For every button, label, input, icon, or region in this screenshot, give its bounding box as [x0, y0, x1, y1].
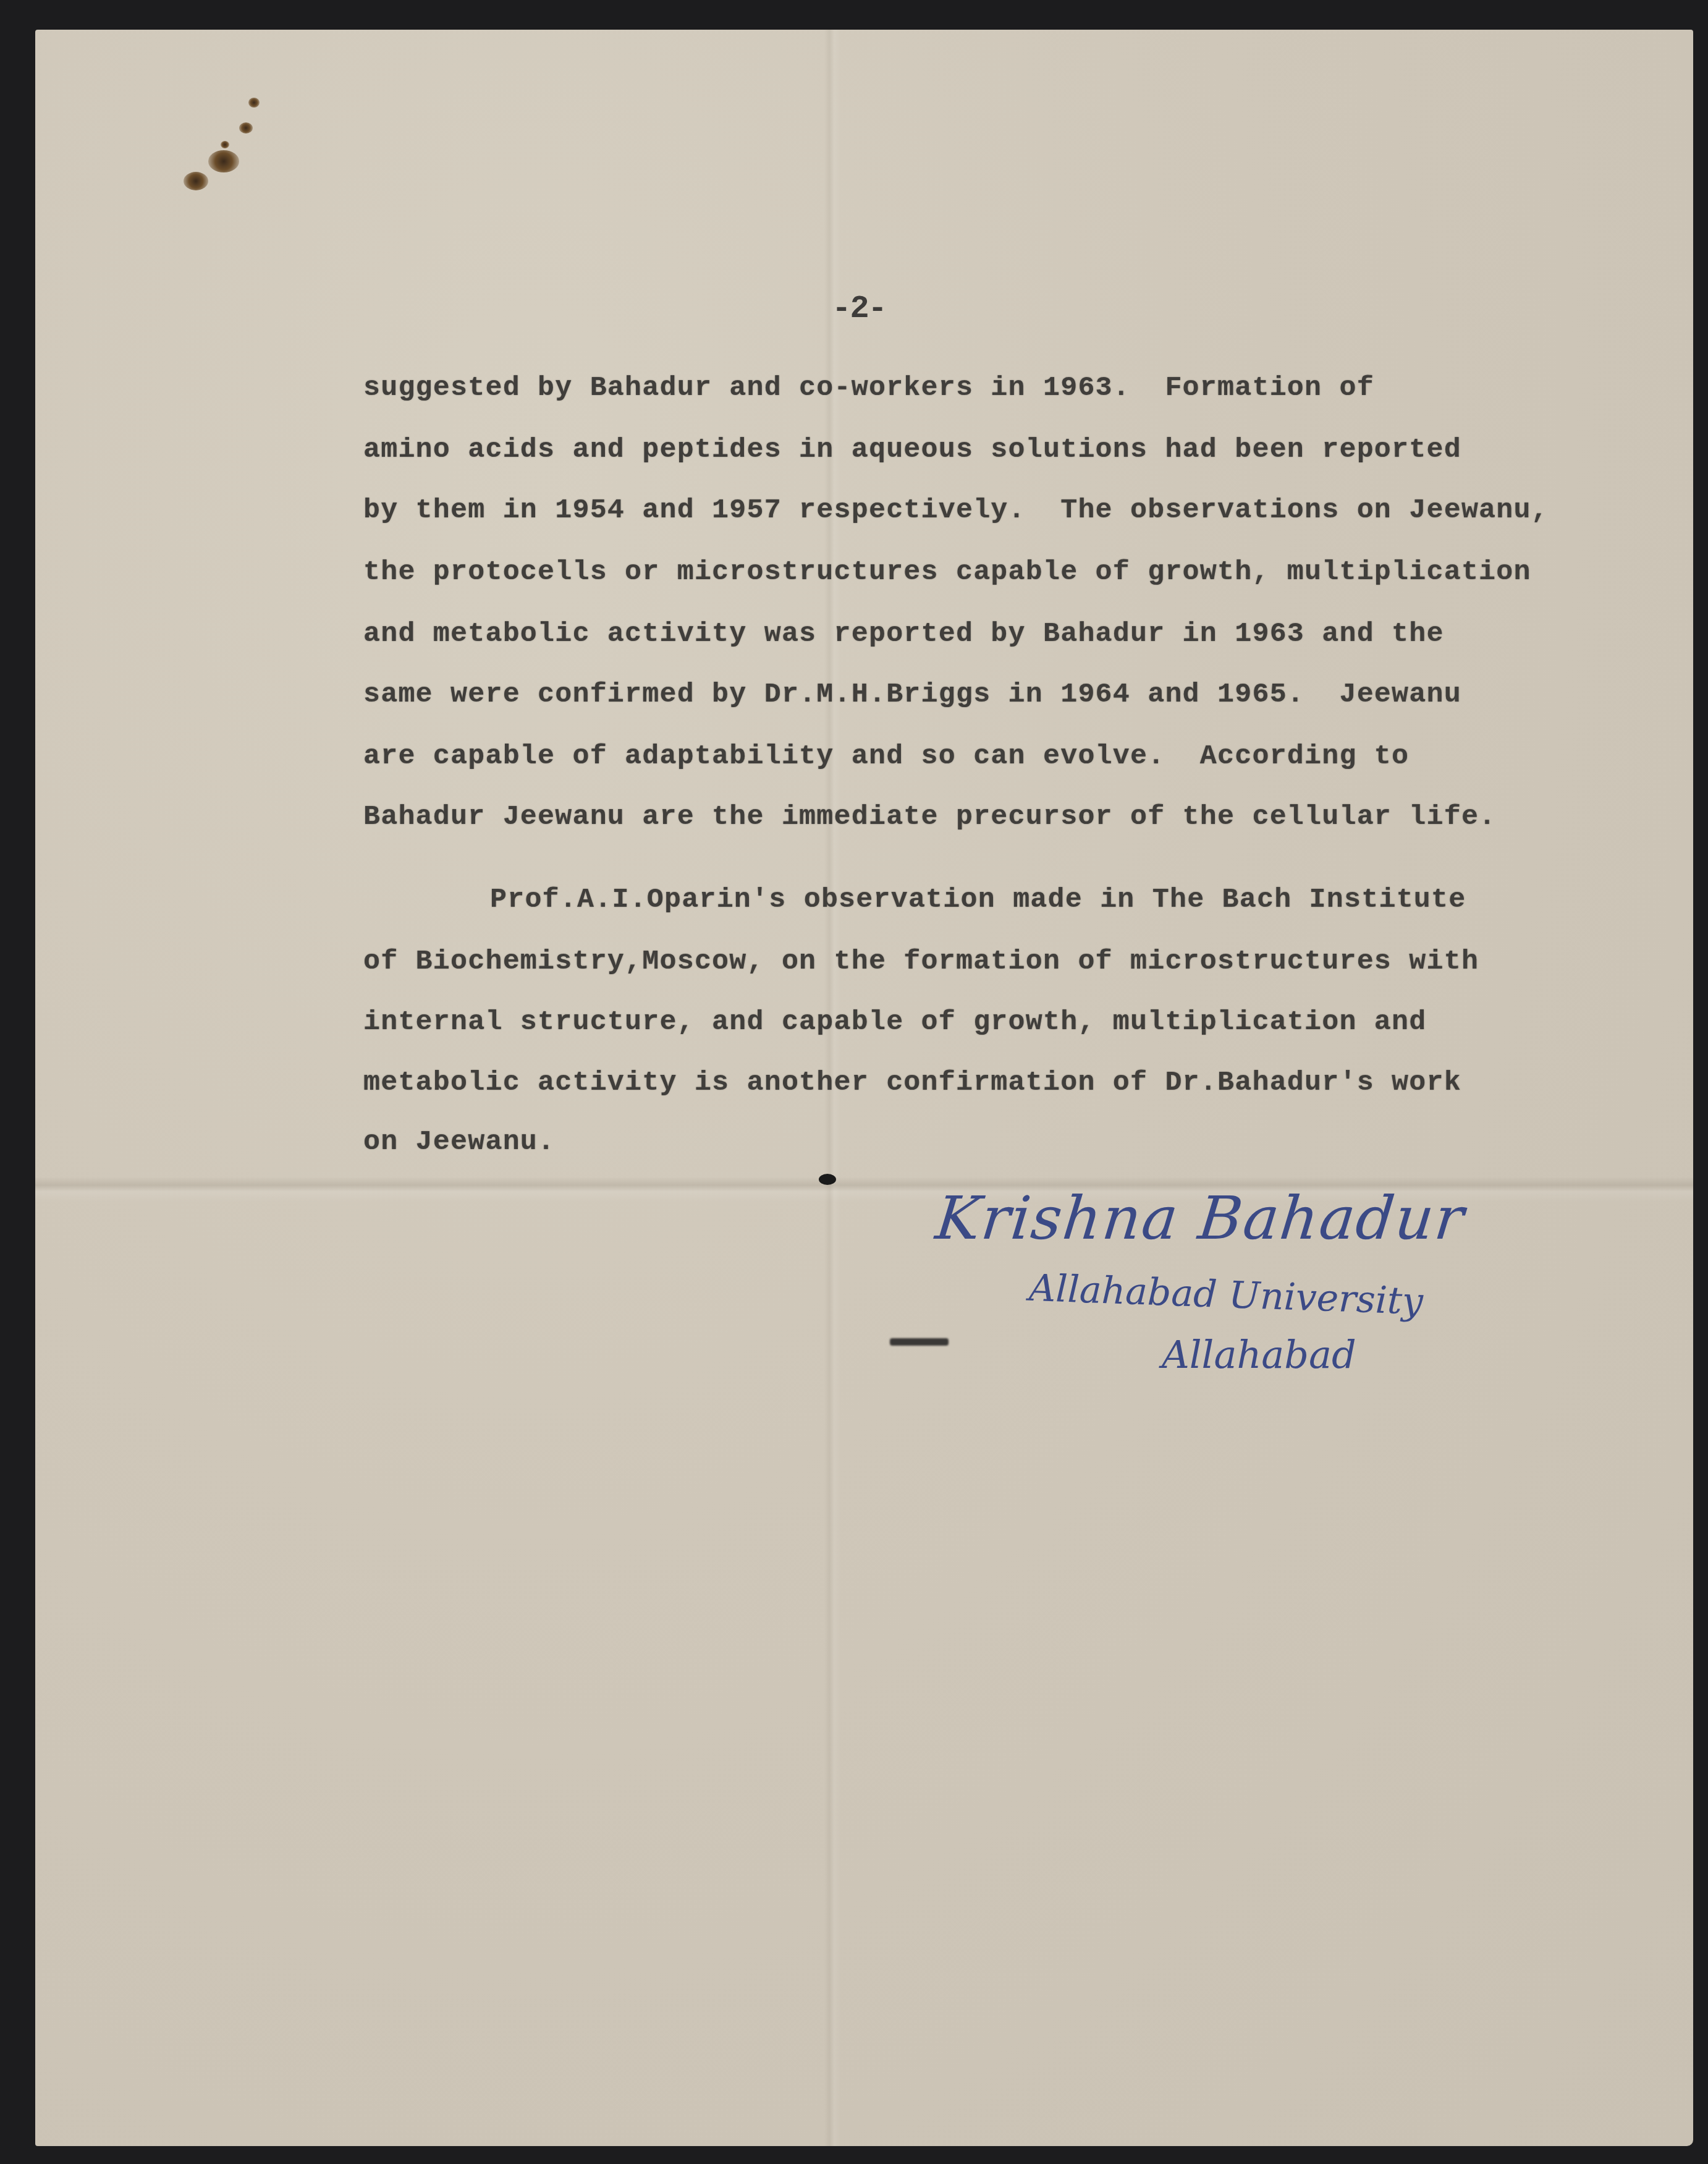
text-line: are capable of adaptability and so can e…: [363, 740, 1409, 772]
page-number: -2-: [825, 291, 893, 327]
burn-stain: [208, 150, 239, 172]
text-line: same were confirmed by Dr.M.H.Briggs in …: [363, 679, 1461, 710]
ink-dot: [819, 1174, 836, 1185]
text-line: internal structure, and capable of growt…: [363, 1006, 1426, 1038]
text-line: metabolic activity is another confirmati…: [363, 1067, 1461, 1098]
burn-stain: [221, 141, 229, 148]
text-line: the protocells or microstructures capabl…: [363, 556, 1531, 588]
text-line: Bahadur Jeewanu are the immediate precur…: [363, 801, 1496, 833]
text-line: amino acids and peptides in aqueous solu…: [363, 434, 1461, 465]
signature-name: Krishna Bahadur: [932, 1184, 1468, 1253]
text-line: on Jeewanu.: [363, 1126, 555, 1158]
signature-city: Allahabad: [1162, 1332, 1356, 1377]
burn-stain: [248, 98, 260, 108]
text-line: suggested by Bahadur and co-workers in 1…: [363, 372, 1374, 404]
text-line: of Biochemistry,Moscow, on the formation…: [363, 946, 1479, 977]
burn-stain: [184, 172, 208, 190]
end-dash: [890, 1338, 949, 1346]
text-line: and metabolic activity was reported by B…: [363, 618, 1444, 650]
burn-stain: [239, 122, 253, 134]
text-line: by them in 1954 and 1957 respectively. T…: [363, 494, 1549, 526]
text-line: Prof.A.I.Oparin's observation made in Th…: [490, 884, 1466, 915]
